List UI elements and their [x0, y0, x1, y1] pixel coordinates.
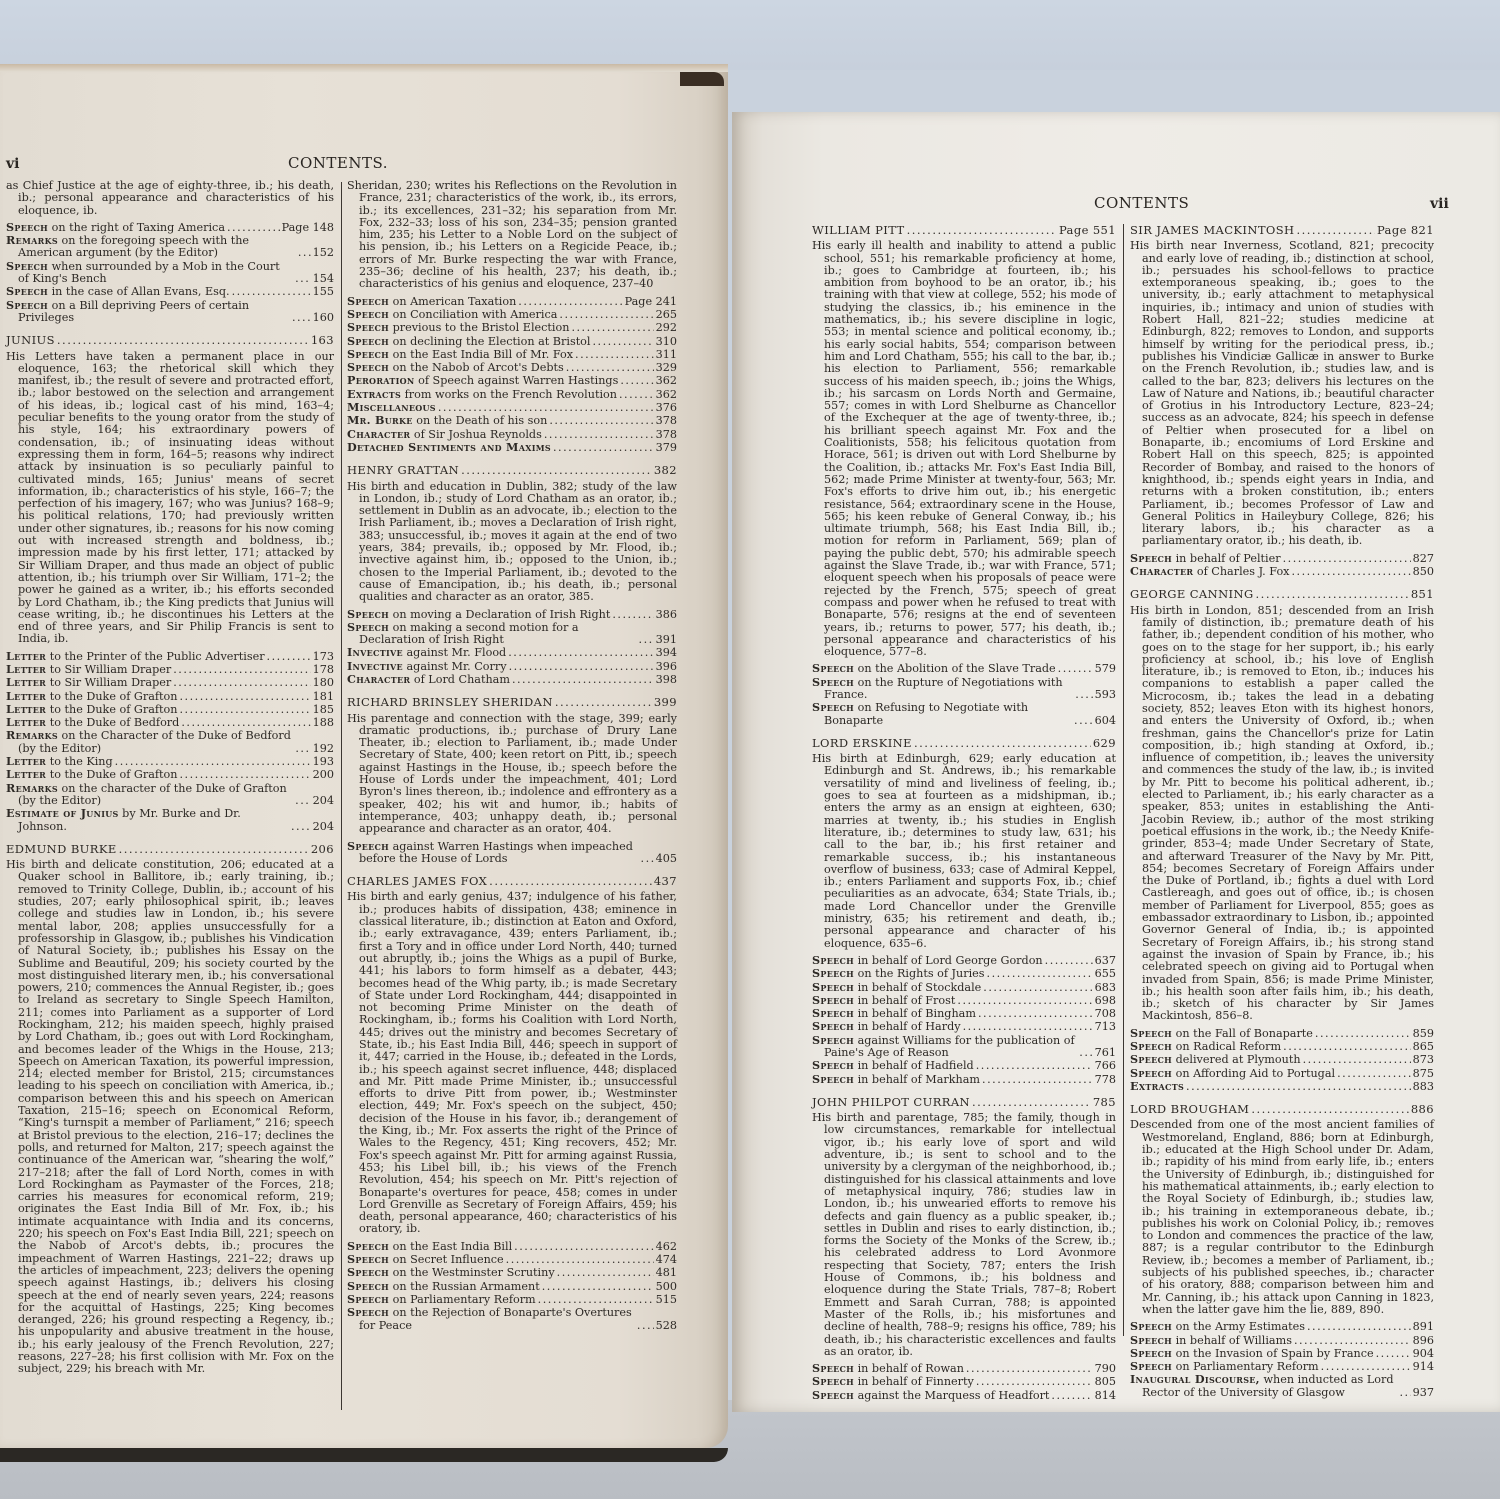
entry-description: on declining the Election at Bristol: [393, 335, 591, 348]
entry-description: delivered at Plymouth: [1176, 1053, 1301, 1066]
contents-entry: Letter to the Printer of the Public Adve…: [6, 650, 334, 663]
entry-keyword: Speech: [812, 1033, 854, 1047]
contents-entry: Estimate of Junius by Mr. Burke and Dr. …: [6, 807, 334, 833]
entry-keyword: Invective: [347, 645, 403, 659]
entry-keyword: Speech: [812, 1361, 854, 1375]
entry-keyword: Speech: [812, 993, 854, 1007]
contents-entry: Speech on making a second motion for a D…: [347, 621, 677, 647]
entry-title: Speech in behalf of Finnerty: [824, 1375, 974, 1388]
page-number: 329: [656, 362, 677, 374]
entry-title: Speech on the Fall of Bonaparte: [1142, 1027, 1313, 1040]
orator-name: WILLIAM PITT: [812, 224, 905, 236]
entry-description: against Mr. Corry: [406, 660, 506, 673]
contents-entry: Speech on the Invasion of Spain by Franc…: [1130, 1347, 1434, 1360]
contents-entry: Character of Charles J. Fox850: [1130, 565, 1434, 578]
entry-description: on Secret Influence: [393, 1253, 504, 1266]
section-heading: EDMUND BURKE206: [6, 843, 334, 855]
page-top-edge: [0, 64, 728, 72]
entry-keyword: Character: [1130, 564, 1193, 578]
entry-keyword: Speech: [812, 1388, 854, 1402]
page-number: 805: [1095, 1376, 1116, 1388]
leader-dots: [512, 674, 654, 686]
page-number: 891: [1413, 1321, 1434, 1333]
entry-description: on the Rejection of Bonaparte's Overture…: [359, 1306, 632, 1331]
leader-dots: [179, 704, 310, 716]
biography-summary: His birth and early genius, 437; indulge…: [347, 891, 677, 1235]
contents-entry: Speech on Radical Reform865: [1130, 1040, 1434, 1053]
contents-entry: Detached Sentiments and Maxims 379: [347, 441, 677, 454]
leader-dots: [914, 737, 1091, 749]
entry-description: in behalf of Stockdale: [858, 981, 982, 994]
page-number: 163: [311, 334, 334, 346]
entry-keyword: Speech: [812, 675, 854, 689]
page-number: 481: [656, 1267, 677, 1279]
entry-title: Speech in behalf of Lord George Gordon: [824, 954, 1043, 967]
leader-dots: [295, 795, 310, 807]
page-number: Page 821: [1377, 224, 1434, 236]
right-page: CONTENTS vii WILLIAM PITTPage 551His ear…: [732, 112, 1500, 1412]
page-number: 386: [656, 609, 677, 621]
entry-keyword: Peroration: [347, 373, 415, 387]
biography-summary: His Letters have taken a permanent place…: [6, 351, 334, 646]
entry-keyword: Speech: [812, 980, 854, 994]
entry-description: against Williams for the publication of …: [824, 1034, 1075, 1059]
page-number: 378: [656, 415, 677, 427]
leader-dots: [983, 982, 1092, 994]
leader-dots: [508, 647, 653, 659]
biography-summary: Descended from one of the most ancient f…: [1130, 1119, 1434, 1316]
leader-dots: [957, 995, 1092, 1007]
biography-summary: His early ill health and inability to at…: [812, 240, 1116, 658]
leader-dots: [267, 651, 311, 663]
leader-dots: [641, 853, 654, 865]
contents-entry: Letter to the Duke of Bedford188: [6, 716, 334, 729]
entry-keyword: Speech: [812, 953, 854, 967]
entry-keyword: Remarks: [6, 233, 58, 247]
entry-description: on the Abolition of the Slave Trade: [858, 662, 1056, 675]
contents-entry: Speech on the Russian Armament500: [347, 1280, 677, 1293]
leader-dots: [292, 312, 311, 324]
entry-title: Speech on moving a Declaration of Irish …: [359, 608, 610, 621]
entry-keyword: Speech: [812, 1058, 854, 1072]
contents-entry: Speech previous to the Bristol Election2…: [347, 321, 677, 334]
running-head: CONTENTS: [1094, 194, 1189, 212]
leader-dots: [1296, 224, 1375, 236]
contents-entry: Speech on the Fall of Bonaparte859: [1130, 1027, 1434, 1040]
page-number: 637: [1095, 955, 1116, 967]
entry-title: Letter to the Duke of Grafton: [18, 703, 177, 716]
entry-description: on the Rupture of Negotiations with Fran…: [824, 676, 1063, 701]
contents-entry: Inaugural Discourse, when inducted as Lo…: [1130, 1373, 1434, 1399]
leader-dots: [181, 717, 310, 729]
contents-entry: Speech on moving a Declaration of Irish …: [347, 608, 677, 621]
entry-keyword: Speech: [347, 294, 389, 308]
page-number: 437: [654, 875, 677, 887]
contents-entry: Speech in the case of Allan Evans, Esq.1…: [6, 285, 334, 298]
entry-description: in behalf of Lord George Gordon: [858, 954, 1043, 967]
biography-summary: His birth near Inverness, Scotland, 821;…: [1130, 240, 1434, 547]
leader-dots: [1399, 1387, 1410, 1399]
entry-keyword: Speech: [347, 360, 389, 374]
entry-title: Speech on the right of Taxing America: [18, 221, 225, 234]
section-heading: SIR JAMES MACKINTOSHPage 821: [1130, 224, 1434, 236]
entry-title: Character of Sir Joshua Reynolds: [359, 428, 542, 441]
entry-keyword: Letter: [6, 662, 46, 676]
page-number: 192: [313, 743, 334, 755]
entry-description: in behalf of Williams: [1176, 1334, 1292, 1347]
orator-name: EDMUND BURKE: [6, 843, 117, 855]
leader-dots: [57, 334, 309, 346]
leader-dots: [555, 696, 652, 708]
leader-dots: [575, 349, 654, 361]
leader-dots: [538, 1294, 654, 1306]
entry-keyword: Speech: [812, 1374, 854, 1388]
leader-dots: [1186, 1081, 1411, 1093]
entry-keyword: Speech: [347, 1239, 389, 1253]
contents-entry: Speech in behalf of Lord George Gordon63…: [812, 954, 1116, 967]
page-number: 204: [313, 821, 334, 833]
page-number: 873: [1413, 1054, 1434, 1066]
entry-title: Miscellaneous: [359, 401, 436, 414]
contents-entry: Speech on Parliamentary Reform515: [347, 1293, 677, 1306]
leader-dots: [553, 442, 654, 454]
entry-title: Speech on the Rupture of Negotiations wi…: [824, 676, 1073, 702]
section-heading: LORD ERSKINE629: [812, 737, 1116, 749]
entry-description: on the Character of the Duke of Bedford …: [18, 729, 291, 754]
contents-entry: Speech on the Rights of Juries655: [812, 967, 1116, 980]
contents-entry: Letter to the Duke of Grafton185: [6, 703, 334, 716]
page-number: 904: [1413, 1348, 1434, 1360]
leader-dots: [1075, 689, 1092, 701]
entry-description: on Affording Aid to Portugal: [1176, 1067, 1336, 1080]
leader-dots: [506, 1254, 654, 1266]
leader-dots: [232, 286, 311, 298]
leader-dots: [173, 677, 310, 689]
entry-keyword: Speech: [1130, 1346, 1172, 1360]
contents-entry: Remarks on the character of the Duke of …: [6, 782, 334, 808]
biography-summary: His birth and education in Dublin, 382; …: [347, 481, 677, 604]
orator-name: JOHN PHILPOT CURRAN: [812, 1096, 970, 1108]
page-number: 655: [1095, 968, 1116, 980]
entry-title: Speech on Affording Aid to Portugal: [1142, 1067, 1335, 1080]
entry-title: Speech on the Rights of Juries: [824, 967, 985, 980]
contents-entry: Speech on the Nabob of Arcot's Debts329: [347, 361, 677, 374]
entry-description: on the right of Taxing America: [52, 221, 225, 234]
page-number: 180: [313, 677, 334, 689]
leader-dots: [544, 429, 654, 441]
orator-name: CHARLES JAMES FOX: [347, 875, 487, 887]
contents-column-2: Sheridan, 230; writes his Reflections on…: [347, 180, 677, 1332]
entry-title: Speech on the Westminster Scrutiny: [359, 1266, 555, 1279]
leader-dots: [115, 756, 311, 768]
entry-title: Speech previous to the Bristol Election: [359, 321, 569, 334]
entry-description: against the Marquess of Headfort: [858, 1389, 1050, 1402]
entry-description: from works on the French Revolution: [405, 388, 617, 401]
contents-entry: Mr. Burke on the Death of his son378: [347, 414, 677, 427]
leader-dots: [291, 821, 311, 833]
entry-description: to Sir William Draper: [50, 676, 172, 689]
entry-title: Letter to the Printer of the Public Adve…: [18, 650, 265, 663]
entry-keyword: Speech: [1130, 1039, 1172, 1053]
entry-keyword: Letter: [6, 702, 46, 716]
leader-dots: [1283, 553, 1411, 565]
entry-keyword: Character: [347, 427, 410, 441]
entry-keyword: Speech: [347, 334, 389, 348]
entry-description: on Parliamentary Reform: [1176, 1360, 1319, 1373]
page-number: 391: [656, 634, 677, 646]
leader-dots: [1292, 566, 1411, 578]
page-number: 188: [313, 717, 334, 729]
contents-entry: Speech on Refusing to Negotiate with Bon…: [812, 701, 1116, 727]
entry-title: Character of Lord Chatham: [359, 673, 510, 686]
entry-keyword: Detached Sentiments and Maxims: [347, 440, 551, 454]
entry-title: Speech on the Army Estimates: [1142, 1320, 1305, 1333]
page-number: 713: [1095, 1021, 1116, 1033]
entry-title: Speech on Secret Influence: [359, 1253, 504, 1266]
contents-entry: Speech on the East India Bill of Mr. Fox…: [347, 348, 677, 361]
leader-dots: [982, 1074, 1093, 1086]
page-number: Page 241: [625, 296, 677, 308]
contents-entry: Speech when surrounded by a Mob in the C…: [6, 260, 334, 286]
entry-keyword: Speech: [347, 620, 389, 634]
entry-keyword: Letter: [6, 715, 46, 729]
leader-dots: [1079, 1047, 1092, 1059]
entry-title: Letter to the Duke of Bedford: [18, 716, 179, 729]
entry-description: on the Fall of Bonaparte: [1176, 1027, 1313, 1040]
page-number: 875: [1413, 1068, 1434, 1080]
contents-entry: Speech on a Bill depriving Peers of cert…: [6, 299, 334, 325]
contents-entry: Speech on the Abolition of the Slave Tra…: [812, 662, 1116, 675]
leader-dots: [227, 222, 280, 234]
entry-description: in behalf of Bingham: [858, 1007, 976, 1020]
entry-description: to the Duke of Grafton: [50, 703, 178, 716]
entry-keyword: Letter: [6, 649, 46, 663]
leader-dots: [571, 322, 653, 334]
entry-title: Speech in behalf of Rowan: [824, 1362, 964, 1375]
page-number: 883: [1413, 1081, 1434, 1093]
entry-title: Speech in behalf of Peltier: [1142, 552, 1281, 565]
folio-number: vii: [1430, 196, 1449, 212]
entry-description: in behalf of Rowan: [858, 1362, 964, 1375]
contents-entry: Remarks on the foregoing speech with the…: [6, 234, 334, 260]
page-number: 311: [656, 349, 677, 361]
contents-entry: Character of Lord Chatham398: [347, 673, 677, 686]
leader-dots: [514, 1241, 653, 1253]
page-number: 204: [313, 795, 334, 807]
entry-keyword: Speech: [347, 307, 389, 321]
page-number: 629: [1093, 737, 1116, 749]
page-number: 155: [313, 286, 334, 298]
contents-entry: Speech in behalf of Hadfield766: [812, 1059, 1116, 1072]
entry-description: previous to the Bristol Election: [393, 321, 570, 334]
left-page: vi CONTENTS. as Chief Justice at the age…: [0, 64, 728, 1448]
entry-description: on the East India Bill of Mr. Fox: [393, 348, 573, 361]
entry-keyword: Speech: [1130, 1066, 1172, 1080]
entry-title: Invective against Mr. Flood: [359, 646, 506, 659]
entry-description: in behalf of Hardy: [858, 1020, 961, 1033]
entry-title: Speech in behalf of Frost: [824, 994, 955, 1007]
entry-keyword: Miscellaneous: [347, 400, 436, 414]
leader-dots: [179, 769, 310, 781]
entry-description: in behalf of Markham: [858, 1073, 980, 1086]
entry-description: against Mr. Flood: [406, 646, 506, 659]
leader-dots: [987, 968, 1093, 980]
biography-summary: as Chief Justice at the age of eighty-th…: [6, 180, 334, 217]
entry-keyword: Speech: [1130, 551, 1172, 565]
entry-keyword: Speech: [1130, 1333, 1172, 1347]
page-number: 398: [656, 674, 677, 686]
orator-name: LORD BROUGHAM: [1130, 1103, 1249, 1115]
entry-title: Speech in behalf of Williams: [1142, 1334, 1292, 1347]
entry-title: Speech on Parliamentary Reform: [359, 1293, 536, 1306]
contents-column-1: WILLIAM PITTPage 551His early ill health…: [812, 224, 1116, 1402]
leader-dots: [963, 1021, 1093, 1033]
contents-entry: Letter to the Duke of Grafton181: [6, 690, 334, 703]
entry-keyword: Letter: [6, 767, 46, 781]
leader-dots: [559, 309, 653, 321]
entry-title: Extracts from works on the French Revolu…: [359, 388, 617, 401]
page-number: 181: [313, 691, 334, 703]
page-number: 604: [1095, 715, 1116, 727]
page-number: 683: [1095, 982, 1116, 994]
entry-title: Inaugural Discourse, when inducted as Lo…: [1142, 1373, 1397, 1399]
entry-keyword: Letter: [6, 675, 46, 689]
leader-dots: [637, 1320, 654, 1332]
entry-keyword: Speech: [347, 1305, 389, 1319]
page-number: 462: [656, 1241, 677, 1253]
entry-title: Speech in behalf of Markham: [824, 1073, 980, 1086]
leader-dots: [978, 1008, 1093, 1020]
entry-description: on Conciliation with America: [393, 308, 558, 321]
contents-entry: Speech in behalf of Hardy713: [812, 1020, 1116, 1033]
entry-description: in behalf of Finnerty: [858, 1375, 974, 1388]
entry-title: Letter to the Duke of Grafton: [18, 690, 177, 703]
entry-keyword: Letter: [6, 689, 46, 703]
leader-dots: [438, 402, 654, 414]
contents-column-2: SIR JAMES MACKINTOSHPage 821His birth ne…: [1130, 224, 1434, 1399]
page-number: 292: [656, 322, 677, 334]
leader-dots: [119, 843, 309, 855]
page-number: 761: [1095, 1047, 1116, 1059]
entry-title: Speech on the Invasion of Spain by Franc…: [1142, 1347, 1374, 1360]
entry-description: of Speech against Warren Hastings: [418, 374, 618, 387]
page-number: 766: [1095, 1060, 1116, 1072]
page-number: 160: [313, 312, 334, 324]
contents-entry: Speech on the Rupture of Negotiations wi…: [812, 676, 1116, 702]
leader-dots: [489, 875, 652, 887]
contents-entry: Speech in behalf of Williams896: [1130, 1334, 1434, 1347]
leader-dots: [173, 664, 310, 676]
page-number: 200: [313, 769, 334, 781]
leader-dots: [1256, 588, 1409, 600]
entry-description: to Sir William Draper: [50, 663, 172, 676]
section-heading: RICHARD BRINSLEY SHERIDAN399: [347, 696, 677, 708]
entry-keyword: Speech: [347, 320, 389, 334]
contents-entry: Miscellaneous 376: [347, 401, 677, 414]
entry-title: Detached Sentiments and Maxims: [359, 441, 551, 454]
contents-entry: Letter to Sir William Draper178: [6, 663, 334, 676]
page-number: 362: [656, 375, 677, 387]
entry-keyword: Speech: [347, 1292, 389, 1306]
section-heading: LORD BROUGHAM886: [1130, 1103, 1434, 1115]
entry-keyword: Extracts: [347, 387, 401, 401]
orator-name: SIR JAMES MACKINTOSH: [1130, 224, 1294, 236]
entry-keyword: Extracts: [1130, 1079, 1184, 1093]
entry-title: Speech on American Taxation: [359, 295, 516, 308]
contents-entry: Speech in behalf of Bingham708: [812, 1007, 1116, 1020]
entry-keyword: Speech: [812, 700, 854, 714]
leader-dots: [1303, 1054, 1411, 1066]
leader-dots: [1283, 1041, 1411, 1053]
entry-keyword: Speech: [347, 347, 389, 361]
entry-keyword: Remarks: [6, 781, 58, 795]
entry-keyword: Estimate of Junius: [6, 806, 119, 820]
entry-title: Speech on Radical Reform: [1142, 1040, 1281, 1053]
entry-keyword: Speech: [347, 1279, 389, 1293]
page-number: 193: [313, 756, 334, 768]
entry-keyword: Speech: [1130, 1359, 1172, 1373]
entry-title: Extracts: [1142, 1080, 1184, 1093]
entry-title: Speech on Conciliation with America: [359, 308, 557, 321]
leader-dots: [298, 247, 311, 259]
entry-keyword: Speech: [812, 1072, 854, 1086]
section-heading: WILLIAM PITTPage 551: [812, 224, 1116, 236]
page-number: 851: [1411, 588, 1434, 600]
biography-summary: His birth and parentage, 785; the family…: [812, 1112, 1116, 1358]
entry-title: Speech on declining the Election at Bris…: [359, 335, 591, 348]
entry-title: Invective against Mr. Corry: [359, 660, 507, 673]
leader-dots: [549, 415, 653, 427]
contents-entry: Invective against Mr. Flood394: [347, 646, 677, 659]
background-surface: [0, 0, 1500, 70]
entry-title: Speech on Refusing to Negotiate with Bon…: [824, 701, 1072, 727]
entry-description: on the East India Bill: [393, 1240, 513, 1253]
contents-entry: Speech on Parliamentary Reform914: [1130, 1360, 1434, 1373]
entry-title: Speech on Parliamentary Reform: [1142, 1360, 1319, 1373]
entry-title: Speech on the East India Bill of Mr. Fox: [359, 348, 573, 361]
contents-entry: Speech against Williams for the publicat…: [812, 1034, 1116, 1060]
page-number: 185: [313, 704, 334, 716]
column-rule: [341, 182, 342, 1410]
page-number: 886: [1411, 1103, 1434, 1115]
contents-entry: Speech on the Army Estimates891: [1130, 1320, 1434, 1333]
leader-dots: [966, 1363, 1093, 1375]
leader-dots: [619, 389, 654, 401]
page-number: 500: [656, 1281, 677, 1293]
entry-keyword: Speech: [1130, 1052, 1172, 1066]
page-number: Page 551: [1059, 224, 1116, 236]
entry-title: Remarks on the Character of the Duke of …: [18, 729, 293, 755]
orator-name: RICHARD BRINSLEY SHERIDAN: [347, 696, 553, 708]
entry-title: Speech against the Marquess of Headfort: [824, 1389, 1049, 1402]
entry-title: Mr. Burke on the Death of his son: [359, 414, 547, 427]
entry-keyword: Speech: [1130, 1319, 1172, 1333]
entry-description: to the Duke of Grafton: [50, 768, 178, 781]
contents-column-1: as Chief Justice at the age of eighty-th…: [6, 180, 334, 1380]
contents-entry: Letter to the King193: [6, 755, 334, 768]
biography-summary: His parentage and connection with the st…: [347, 713, 677, 836]
entry-description: against Warren Hastings when impeached b…: [359, 840, 633, 865]
contents-entry: Speech on the Rejection of Bonaparte's O…: [347, 1306, 677, 1332]
page-number: 914: [1413, 1361, 1434, 1373]
entry-keyword: Inaugural Discourse,: [1130, 1372, 1260, 1386]
contents-entry: Speech on Affording Aid to Portugal875: [1130, 1067, 1434, 1080]
entry-description: to the Duke of Bedford: [50, 716, 180, 729]
leader-dots: [518, 296, 622, 308]
page-number: 698: [1095, 995, 1116, 1007]
page-number: 382: [654, 464, 677, 476]
entry-title: Speech against Williams for the publicat…: [824, 1034, 1077, 1060]
